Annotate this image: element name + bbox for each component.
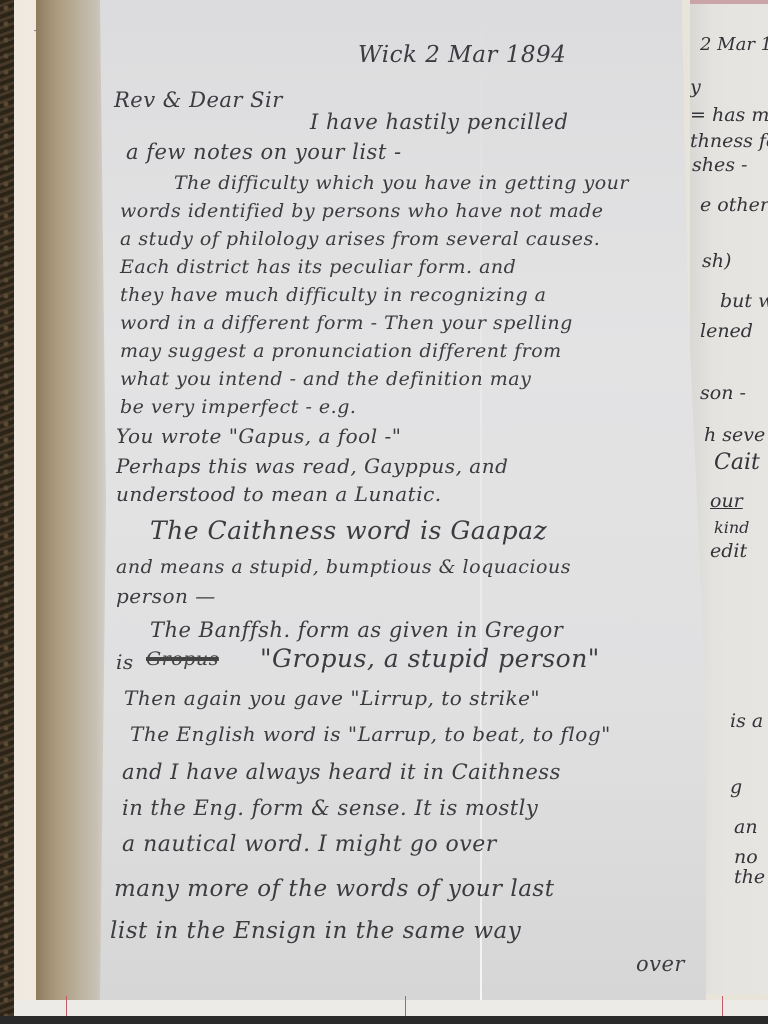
letter-line: a nautical word. I might go over (122, 832, 497, 857)
adjacent-fragment: e other (700, 194, 768, 216)
letter-line: The Caithness word is Gaapaz (150, 516, 547, 545)
letter-line: many more of the words of your last (114, 876, 554, 902)
adjacent-fragment: but w (720, 290, 768, 312)
letter-line: a study of philology arises from several… (120, 228, 600, 250)
letter-line: Each district has its peculiar form. and (120, 256, 516, 278)
page-turn-note: over (636, 952, 685, 976)
adjacent-fragment: an (734, 816, 758, 838)
dateline: Wick 2 Mar 1894 (358, 42, 566, 68)
letter-line: The Banffsh. form as given in Gregor (150, 618, 563, 642)
letter-line: list in the Ensign in the same way (110, 918, 521, 944)
letter-line: what you intend - and the definition may (120, 368, 531, 390)
letter-line: be very imperfect - e.g. (120, 396, 356, 418)
ledger-rule (405, 996, 406, 1018)
adjacent-fragment: Cait (714, 450, 760, 475)
photo-bottom-edge (0, 1016, 768, 1024)
letter-line: words identified by persons who have not… (120, 200, 604, 222)
adjacent-fragment: y (690, 76, 701, 98)
adjacent-fragment: son - (700, 382, 746, 404)
letter-line: and I have always heard it in Caithness (122, 760, 561, 784)
stained-paper-edge (36, 0, 109, 1004)
adjacent-fragment: sh) (702, 250, 731, 272)
letter-line: in the Eng. form & sense. It is mostly (122, 796, 538, 820)
letter-line: they have much difficulty in recognizing… (120, 284, 546, 306)
adjacent-fragment: = has m (690, 104, 768, 126)
adjacent-fragment: h seve (704, 424, 765, 446)
adjacent-fragment: edit (710, 540, 747, 562)
ledger-rule (66, 996, 67, 1018)
letter-sheet: Wick 2 Mar 1894 Rev & Dear Sir I have ha… (100, 0, 706, 1000)
letter-line: I have hastily pencilled (310, 110, 568, 134)
letter-line: understood to mean a Lunatic. (116, 482, 442, 506)
letter-line: Perhaps this was read, Gayppus, and (116, 454, 508, 478)
letter-line: is (116, 650, 134, 674)
letter-line: Then again you gave "Lirrup, to strike" (124, 686, 540, 710)
letter-line: You wrote "Gapus, a fool -" (116, 424, 401, 448)
adjacent-fragment: shes - (692, 154, 747, 176)
letter-line: word in a different form - Then your spe… (120, 312, 573, 334)
letter-line: The difficulty which you have in getting… (174, 172, 629, 194)
ledger-page-bottom (14, 1000, 768, 1016)
letter-line: may suggest a pronunciation different fr… (120, 340, 562, 362)
adjacent-fragment: thness fo (690, 130, 768, 152)
letter-line: and means a stupid, bumptious & loquacio… (116, 556, 571, 578)
letter-line: a few notes on your list - (126, 140, 402, 164)
adjacent-fragment: the (734, 866, 765, 888)
letter-line: person — (116, 584, 216, 608)
struck-out-word: Gropus (146, 648, 219, 670)
adjacent-fragment: g (730, 776, 742, 798)
adjacent-fragment: 2 Mar 189 (700, 34, 768, 55)
adjacent-fragment: no (734, 846, 758, 868)
letter-line: The English word is "Larrup, to beat, to… (130, 722, 611, 746)
adjacent-fragment: our (710, 490, 743, 512)
adjacent-fragment: lened (700, 320, 753, 342)
salutation: Rev & Dear Sir (114, 88, 283, 112)
ledger-rule (722, 996, 723, 1018)
letter-line: "Gropus, a stupid person" (260, 644, 600, 673)
adjacent-fragment: kind (714, 518, 749, 537)
adjacent-fragment: is a (730, 710, 763, 732)
